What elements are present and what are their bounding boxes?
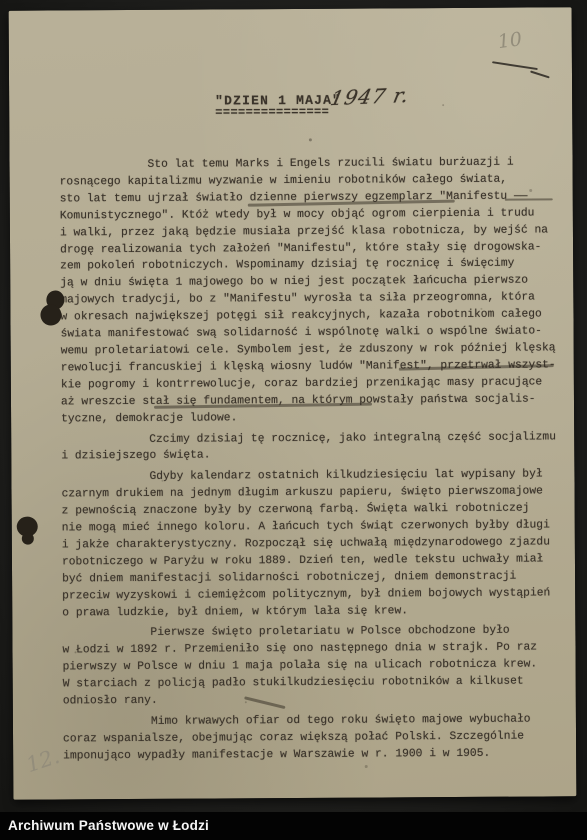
paper-specks xyxy=(9,11,11,13)
handwritten-year-note: 1947 r. xyxy=(328,83,412,110)
scratch-mark xyxy=(492,61,538,69)
archive-footer-label: Archiwum Państwowe w Łodzi xyxy=(0,812,587,840)
typed-line: aż wreszcie stał się fundamentem, na któ… xyxy=(61,391,573,411)
typed-line: i dzisiejszego święta. xyxy=(61,446,573,466)
typed-line: o prawa ludzkie, był dniem, w którym lał… xyxy=(62,602,574,622)
typed-line: coraz wspanialsze, obejmując coraz więks… xyxy=(63,728,575,748)
scan-background: "DZIEN 1 MAJA" =============== 1947 r. 1… xyxy=(0,0,587,840)
ink-blot xyxy=(40,304,61,325)
paper: "DZIEN 1 MAJA" =============== 1947 r. 1… xyxy=(9,7,577,799)
ink-smudge xyxy=(505,198,553,200)
paragraph: Mimo krwawych ofiar od tego roku święto … xyxy=(63,711,575,765)
typed-line: tyczne, demokracje ludowe. xyxy=(61,408,573,428)
typed-line: przeciw wyzyskowi i ciemiężcom polityczn… xyxy=(62,585,574,605)
document-body: Sto lat temu Marks i Engels rzucili świa… xyxy=(59,154,575,769)
paragraph: Sto lat temu Marks i Engels rzucili świa… xyxy=(59,154,573,428)
document-title-block: "DZIEN 1 MAJA" =============== xyxy=(215,93,341,120)
paragraph: Czcimy dzisiaj tę rocznicę, jako integra… xyxy=(61,429,573,466)
paragraph: Pierwsze święto proletariatu w Polsce ob… xyxy=(62,623,575,711)
typed-line: imponująco wypadły manifestacje w Warsza… xyxy=(63,745,575,765)
paragraph: Gdyby kalendarz ostatnich kilkudziesięci… xyxy=(61,467,574,622)
scratch-mark xyxy=(530,70,550,77)
pencil-page-number-bottom: 12. xyxy=(23,744,62,777)
ink-blot xyxy=(22,533,34,545)
title-underline: =============== xyxy=(215,105,341,120)
archive-footer-bar: Archiwum Państwowe w Łodzi xyxy=(0,812,587,840)
typed-line: W starciach z policją padło stukilkudzie… xyxy=(63,673,575,693)
pencil-page-number-top: 10 xyxy=(496,28,523,53)
typed-line: odniosło rany. xyxy=(63,690,575,710)
